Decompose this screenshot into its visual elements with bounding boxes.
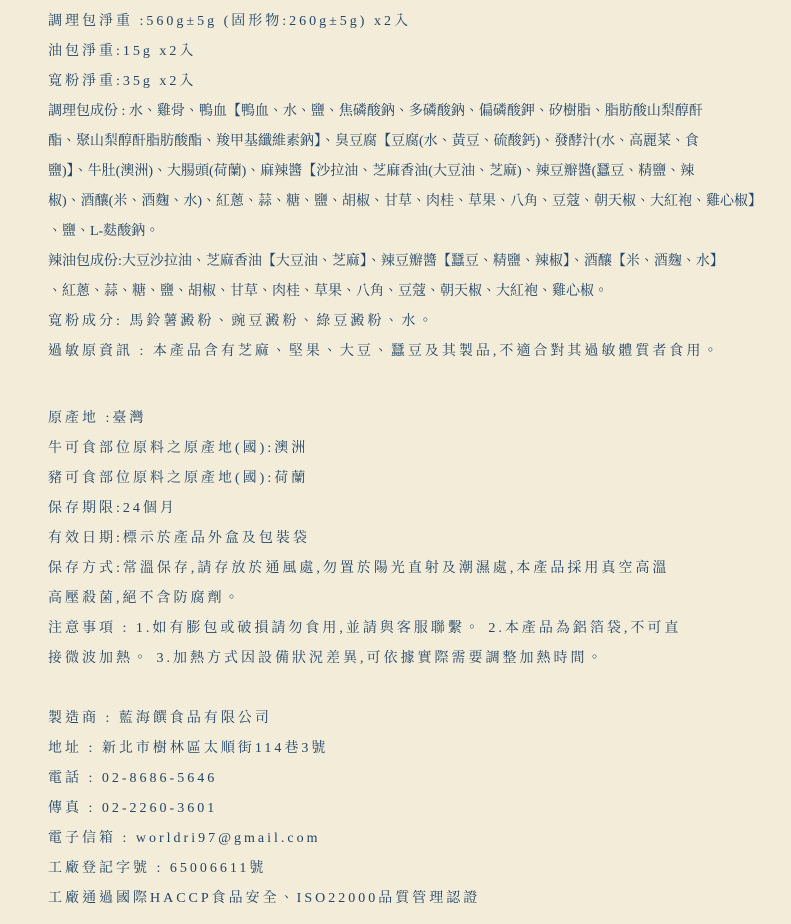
allergen-info: 過敏原資訊 : 本產品含有芝麻、堅果、大豆、蠶豆及其製品,不適合對其過敏體質者食… <box>48 337 791 367</box>
manufacturer-section: 製造商 : 藍海饌食品有限公司 地址 : 新北市樹林區太順街114巷3號 電話 … <box>48 704 791 914</box>
product-spec-section: 調理包淨重 :560g±5g (固形物:260g±5g) x2入 油包淨重:15… <box>48 7 791 367</box>
beef-origin: 牛可食部位原料之原產地(國):澳洲 <box>48 434 791 464</box>
manufacturer-email: 電子信箱 : worldri97@gmail.com <box>48 824 791 854</box>
shelf-life: 保存期限:24個月 <box>48 494 791 524</box>
product-description-page: { "theme": { "background_color": "#f2ecd… <box>0 0 791 924</box>
expiry-date: 有效日期:標示於產品外盒及包裝袋 <box>48 524 791 554</box>
storage-method: 保存方式:常溫保存,請存放於通風處,勿置於陽光直射及潮濕處,本產品採用真空高溫 … <box>48 554 791 614</box>
pork-origin: 豬可食部位原料之原產地(國):荷蘭 <box>48 464 791 494</box>
net-weight-noodles: 寬粉淨重:35g x2入 <box>48 67 791 97</box>
manufacturer-address: 地址 : 新北市樹林區太順街114巷3號 <box>48 734 791 764</box>
manufacturer-fax: 傳真 : 02-2260-3601 <box>48 794 791 824</box>
origin-storage-section: 原產地 :臺灣 牛可食部位原料之原產地(國):澳洲 豬可食部位原料之原產地(國)… <box>48 404 791 674</box>
factory-registration-no: 工廠登記字號 : 65006611號 <box>48 854 791 884</box>
net-weight-pack: 調理包淨重 :560g±5g (固形物:260g±5g) x2入 <box>48 7 791 37</box>
noodle-ingredients: 寬粉成分: 馬鈴薯澱粉、豌豆澱粉、綠豆澱粉、水。 <box>48 307 791 337</box>
factory-certification: 工廠通過國際HACCP食品安全、ISO22000品質管理認證 <box>48 884 791 914</box>
product-info-content: 調理包淨重 :560g±5g (固形物:260g±5g) x2入 油包淨重:15… <box>0 0 791 924</box>
pack-ingredients: 調理包成份 : 水、雞骨、鴨血【鴨血、水、鹽、焦磷酸鈉、多磷酸鈉、偏磷酸鉀、矽樹… <box>48 97 791 247</box>
chili-oil-ingredients: 辣油包成份:大豆沙拉油、芝麻香油【大豆油、芝麻】、辣豆瓣醬【蠶豆、精鹽、辣椒】、… <box>48 247 791 307</box>
section-gap <box>48 367 791 404</box>
section-gap <box>48 674 791 704</box>
net-weight-oil-pack: 油包淨重:15g x2入 <box>48 37 791 67</box>
usage-notice: 注意事項 : 1.如有膨包或破損請勿食用,並請與客服聯繫。 2.本產品為鋁箔袋,… <box>48 614 791 674</box>
manufacturer-name: 製造商 : 藍海饌食品有限公司 <box>48 704 791 734</box>
origin-country: 原產地 :臺灣 <box>48 404 791 434</box>
manufacturer-phone: 電話 : 02-8686-5646 <box>48 764 791 794</box>
